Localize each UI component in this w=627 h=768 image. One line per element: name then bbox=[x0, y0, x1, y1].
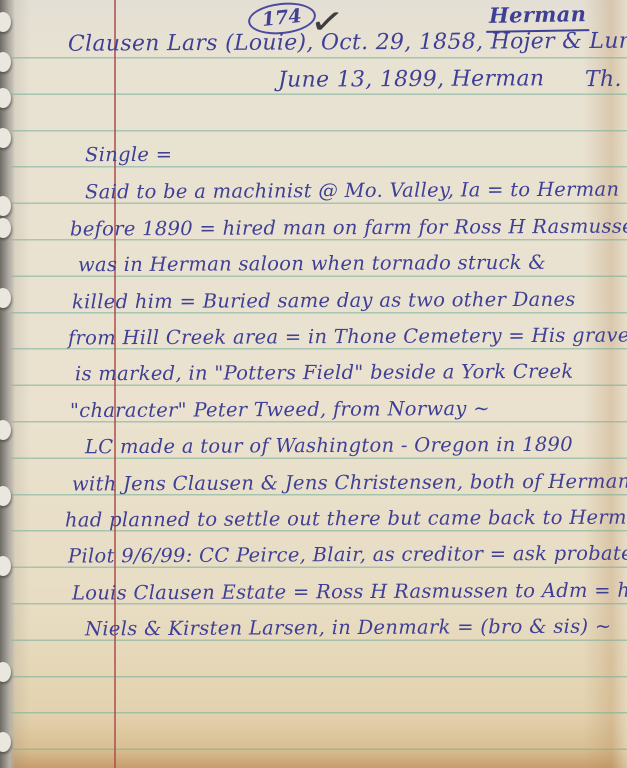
handwritten-line: killed him = Buried same day as two othe… bbox=[72, 285, 576, 318]
handwritten-line: had planned to settle out there but came… bbox=[65, 502, 627, 535]
torn-paper-bump bbox=[0, 128, 11, 148]
handwritten-line: is marked, in "Potters Field" beside a Y… bbox=[75, 357, 574, 390]
entry-date-line: June 13, 1899, Herman bbox=[278, 64, 544, 95]
handwritten-line: LC made a tour of Washington - Oregon in… bbox=[85, 430, 573, 463]
handwritten-line: "character" Peter Tweed, from Norway ~ bbox=[70, 394, 490, 426]
torn-paper-bump bbox=[0, 420, 11, 440]
handwritten-line: before 1890 = hired man on farm for Ross… bbox=[70, 211, 627, 244]
torn-paper-bump bbox=[0, 52, 11, 72]
torn-paper-bump bbox=[0, 732, 11, 752]
handwritten-line: Niels & Kirsten Larsen, in Denmark = (br… bbox=[85, 612, 612, 645]
torn-paper-bump bbox=[0, 218, 11, 238]
torn-paper-bump bbox=[0, 288, 11, 308]
handwritten-line: Pilot 9/6/99: CC Peirce, Blair, as credi… bbox=[68, 538, 627, 571]
handwritten-line: Louis Clausen Estate = Ross H Rasmussen … bbox=[72, 575, 627, 608]
handwritten-line: with Jens Clausen & Jens Christensen, bo… bbox=[72, 466, 627, 499]
torn-binding-edge bbox=[0, 0, 15, 768]
torn-paper-bump bbox=[0, 88, 11, 108]
torn-paper-bump bbox=[0, 556, 11, 576]
handwritten-line: from Hill Creek area = in Thone Cemetery… bbox=[68, 321, 627, 354]
entry-title-line: Clausen Lars (Louie), Oct. 29, 1858, Hoj… bbox=[68, 26, 627, 59]
handwritten-line: Single = bbox=[85, 140, 173, 170]
torn-paper-bump bbox=[0, 12, 11, 32]
initials: Th. bbox=[585, 65, 622, 95]
handwritten-line: was in Herman saloon when tornado struck… bbox=[78, 248, 546, 280]
torn-paper-bump bbox=[0, 196, 11, 216]
handwritten-line: Said to be a machinist @ Mo. Valley, Ia … bbox=[85, 175, 619, 208]
notebook-page: 174 ✓ Herman Clausen Lars (Louie), Oct. … bbox=[0, 0, 627, 768]
torn-paper-bump bbox=[0, 662, 11, 682]
torn-paper-bump bbox=[0, 486, 11, 506]
